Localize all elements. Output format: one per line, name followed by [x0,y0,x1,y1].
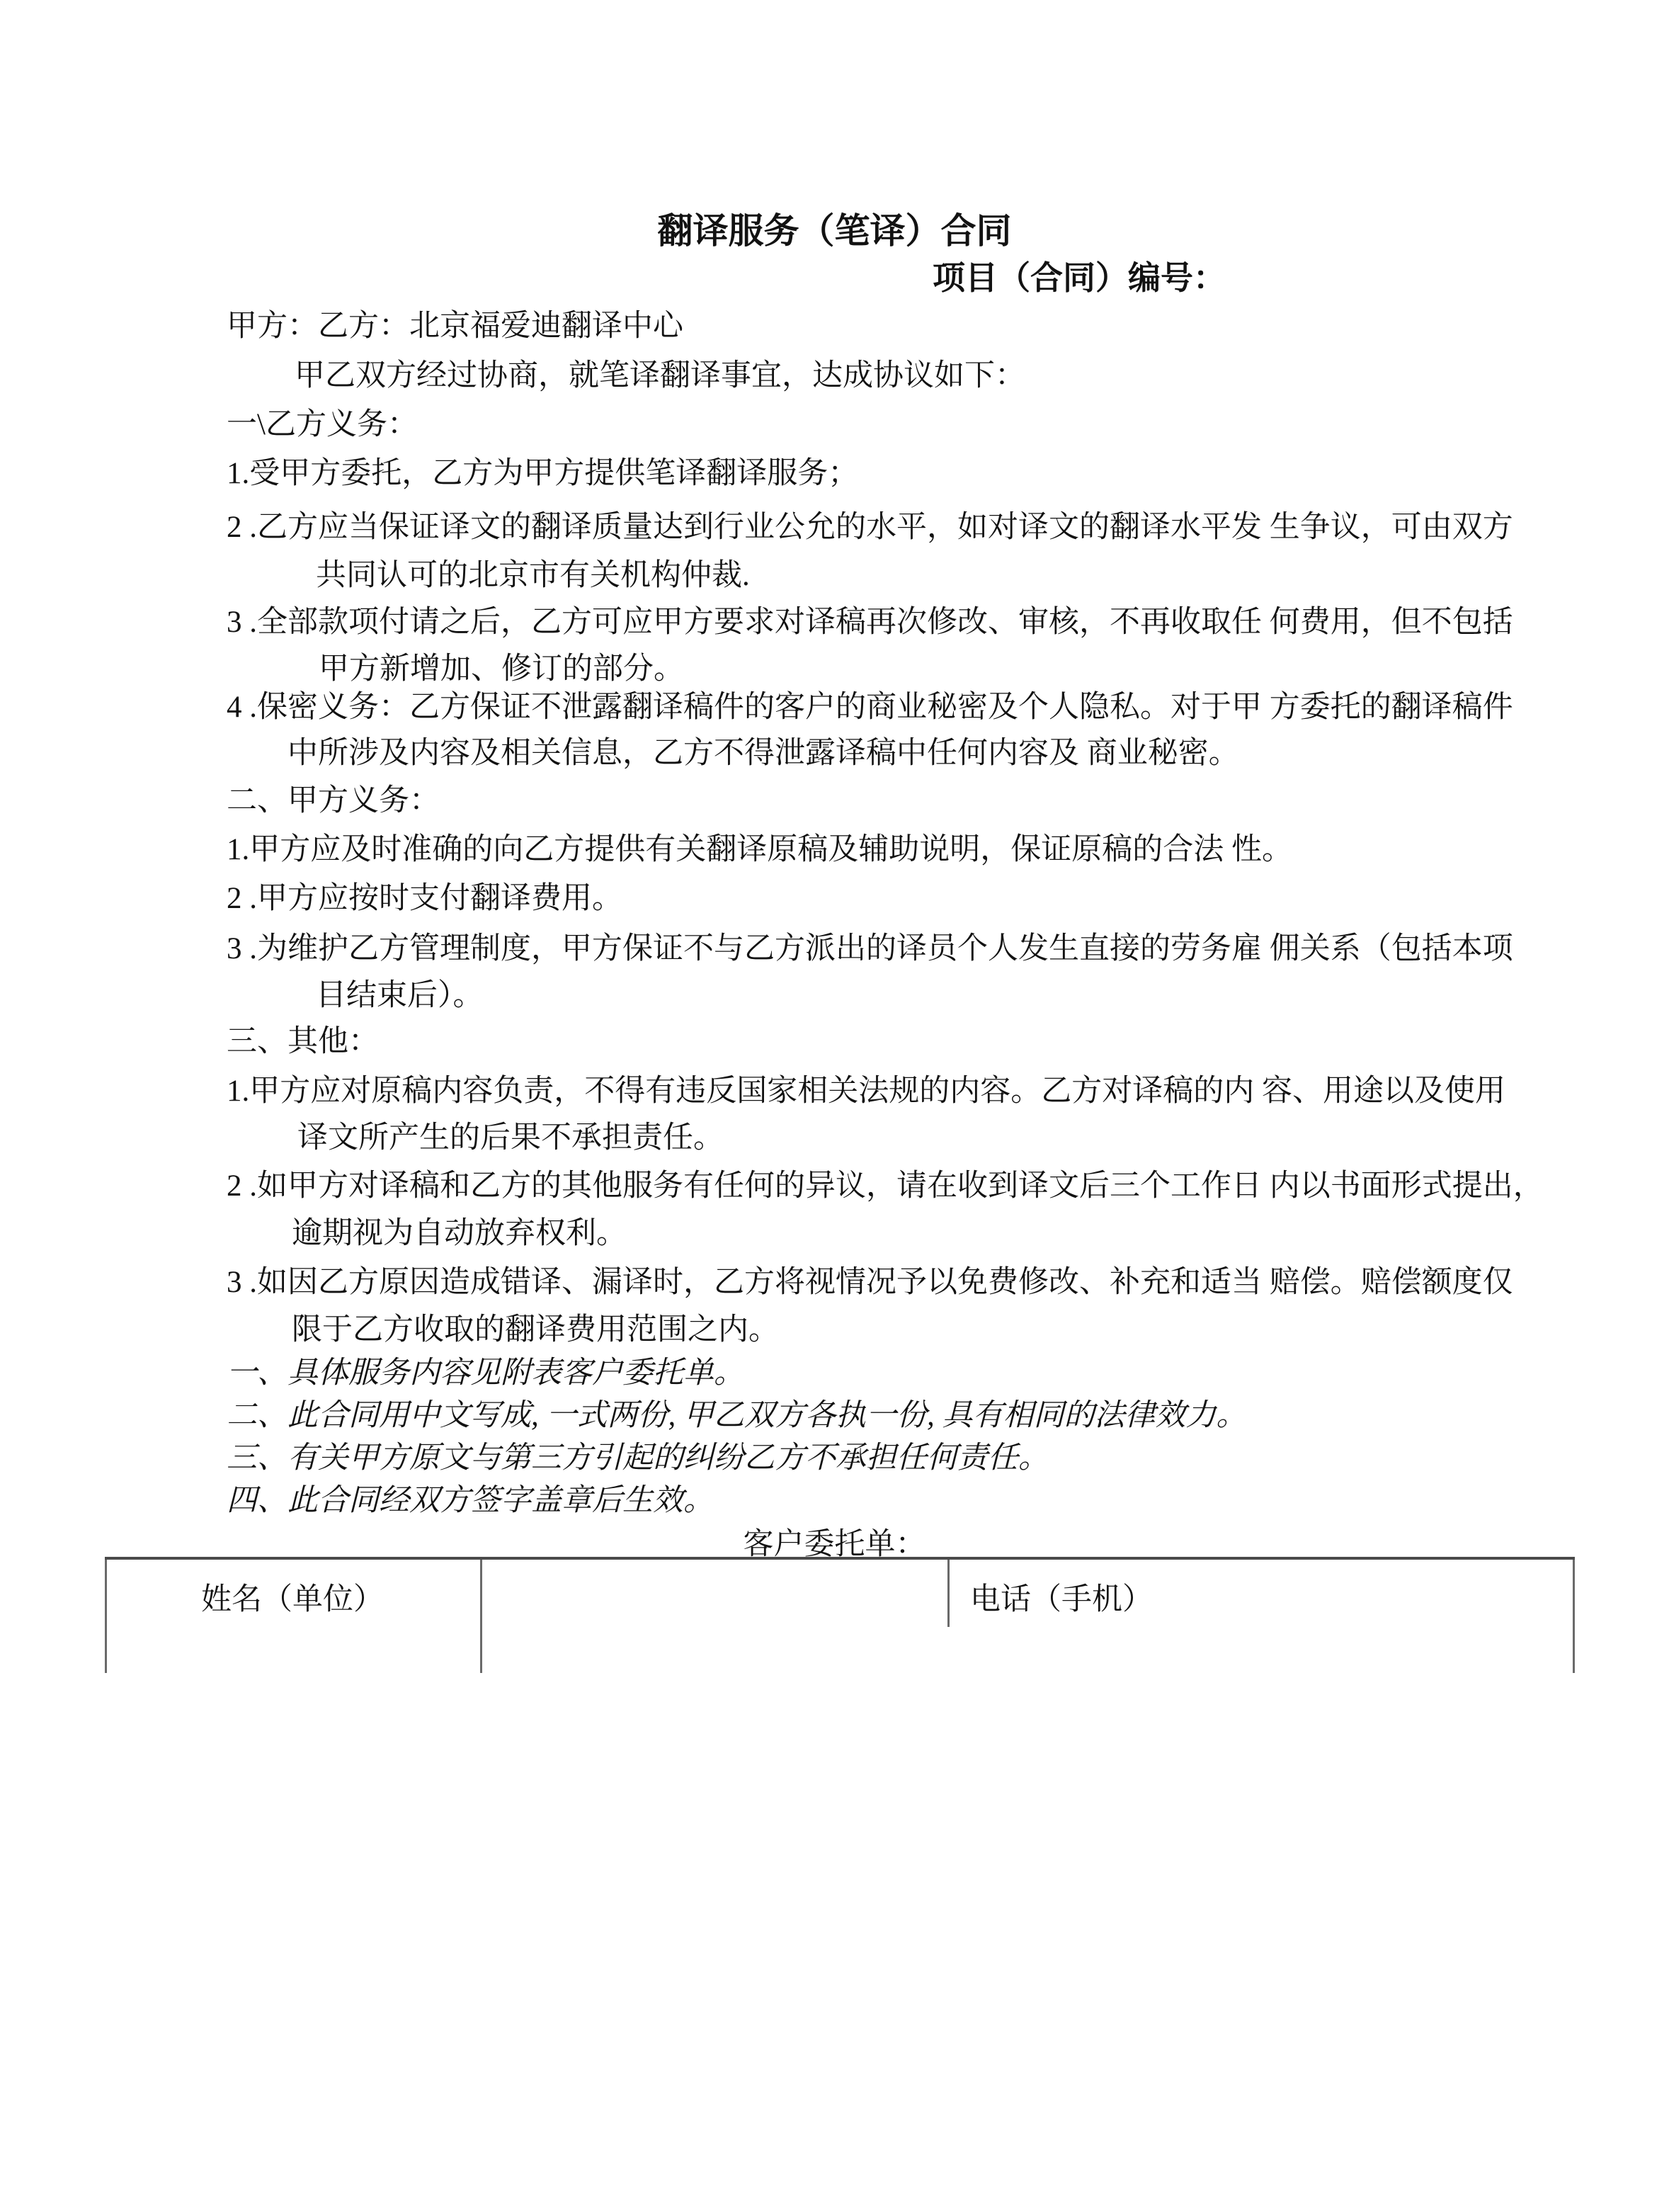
doc-line: 2 .如甲方对译稿和乙方的其他服务有任何的异议，请在收到译文后三个工作日 内以书… [227,1169,1544,1203]
section-heading-party-b: 一\乙方义务： [227,408,418,441]
contract-number-line: 项目（合同）编号： [933,252,1226,299]
doc-line-preamble: 甲乙双方经过协商，就笔译翻译事宜，达成协议如下： [295,359,1025,392]
closing-clause-line: 二、此合同用中文写成, 一式两份, 甲乙双方各执一份, 具有相同的法律效力。 [227,1399,1247,1432]
table-cell-name-label: 姓名（单位） [105,1575,480,1618]
client-order-table: 姓名（单位） 电话（手机） [105,1557,1575,1677]
section-heading-party-a: 二、甲方义务： [227,784,440,817]
closing-clause-line: 三、有关甲方原文与第三方引起的纠纷乙方不承担任何责任。 [227,1441,1049,1475]
doc-line: 1.受甲方委托，乙方为甲方提供笔译翻译服务； [227,457,858,490]
table-right-border [1573,1560,1575,1673]
doc-line-continuation: 目结束后）。 [316,979,484,1012]
section-heading-others: 三、其他： [227,1025,379,1058]
doc-line: 2 .甲方应按时支付翻译费用。 [227,882,622,915]
doc-line-continuation: 甲方新增加、修订的部分。 [319,652,684,686]
doc-line-continuation: 译文所产生的后果不承担责任。 [297,1121,724,1155]
closing-clause-line: 一、具体服务内容见附表客户委托单。 [227,1356,744,1390]
contract-document-page: 翻译服务（笔译）合同 项目（合同）编号： 甲方：乙方：北京福爱迪翻译中心 甲乙双… [0,0,1669,2212]
doc-line: 3 .为维护乙方管理制度，甲方保证不与乙方派出的译员个人发生直接的劳务雇 佣关系… [227,932,1513,965]
doc-title: 翻译服务（笔译）合同 [0,203,1669,254]
doc-line-continuation: 共同认可的北京市有关机构仲裁. [316,559,750,592]
doc-line-continuation: 中所涉及内容及相关信息，乙方不得泄露译稿中任何内容及 商业秘密。 [287,737,1239,770]
doc-line: 4 .保密义务：乙方保证不泄露翻译稿件的客户的商业秘密及个人隐私。对于甲 方委托… [227,691,1513,724]
table-column-divider [480,1560,482,1673]
doc-line: 1.甲方应及时准确的向乙方提供有关翻译原稿及辅助说明，保证原稿的合法 性。 [227,833,1292,866]
doc-line: 3 .全部款项付请之后，乙方可应甲方要求对译稿再次修改、审核，不再收取任 何费用… [227,606,1513,639]
closing-clause-line: 四、此合同经双方签字盖章后生效。 [227,1484,714,1517]
doc-line: 2 .乙方应当保证译文的翻译质量达到行业公允的水平，如对译文的翻译水平发 生争议… [227,511,1513,544]
table-column-divider [947,1560,950,1627]
doc-line-continuation: 逾期视为自动放弃权利。 [292,1217,627,1250]
doc-line: 1.甲方应对原稿内容负责，不得有违反国家相关法规的内容。乙方对译稿的内 容、用途… [227,1074,1505,1108]
doc-line-parties: 甲方：乙方：北京福爱迪翻译中心 [227,310,683,343]
doc-line: 3 .如因乙方原因造成错译、漏译时，乙方将视情况予以免费修改、补充和适当 赔偿。… [227,1266,1513,1299]
doc-line-continuation: 限于乙方收取的翻译费用范围之内。 [292,1313,779,1346]
table-cell-phone-label: 电话（手机） [970,1575,1153,1618]
